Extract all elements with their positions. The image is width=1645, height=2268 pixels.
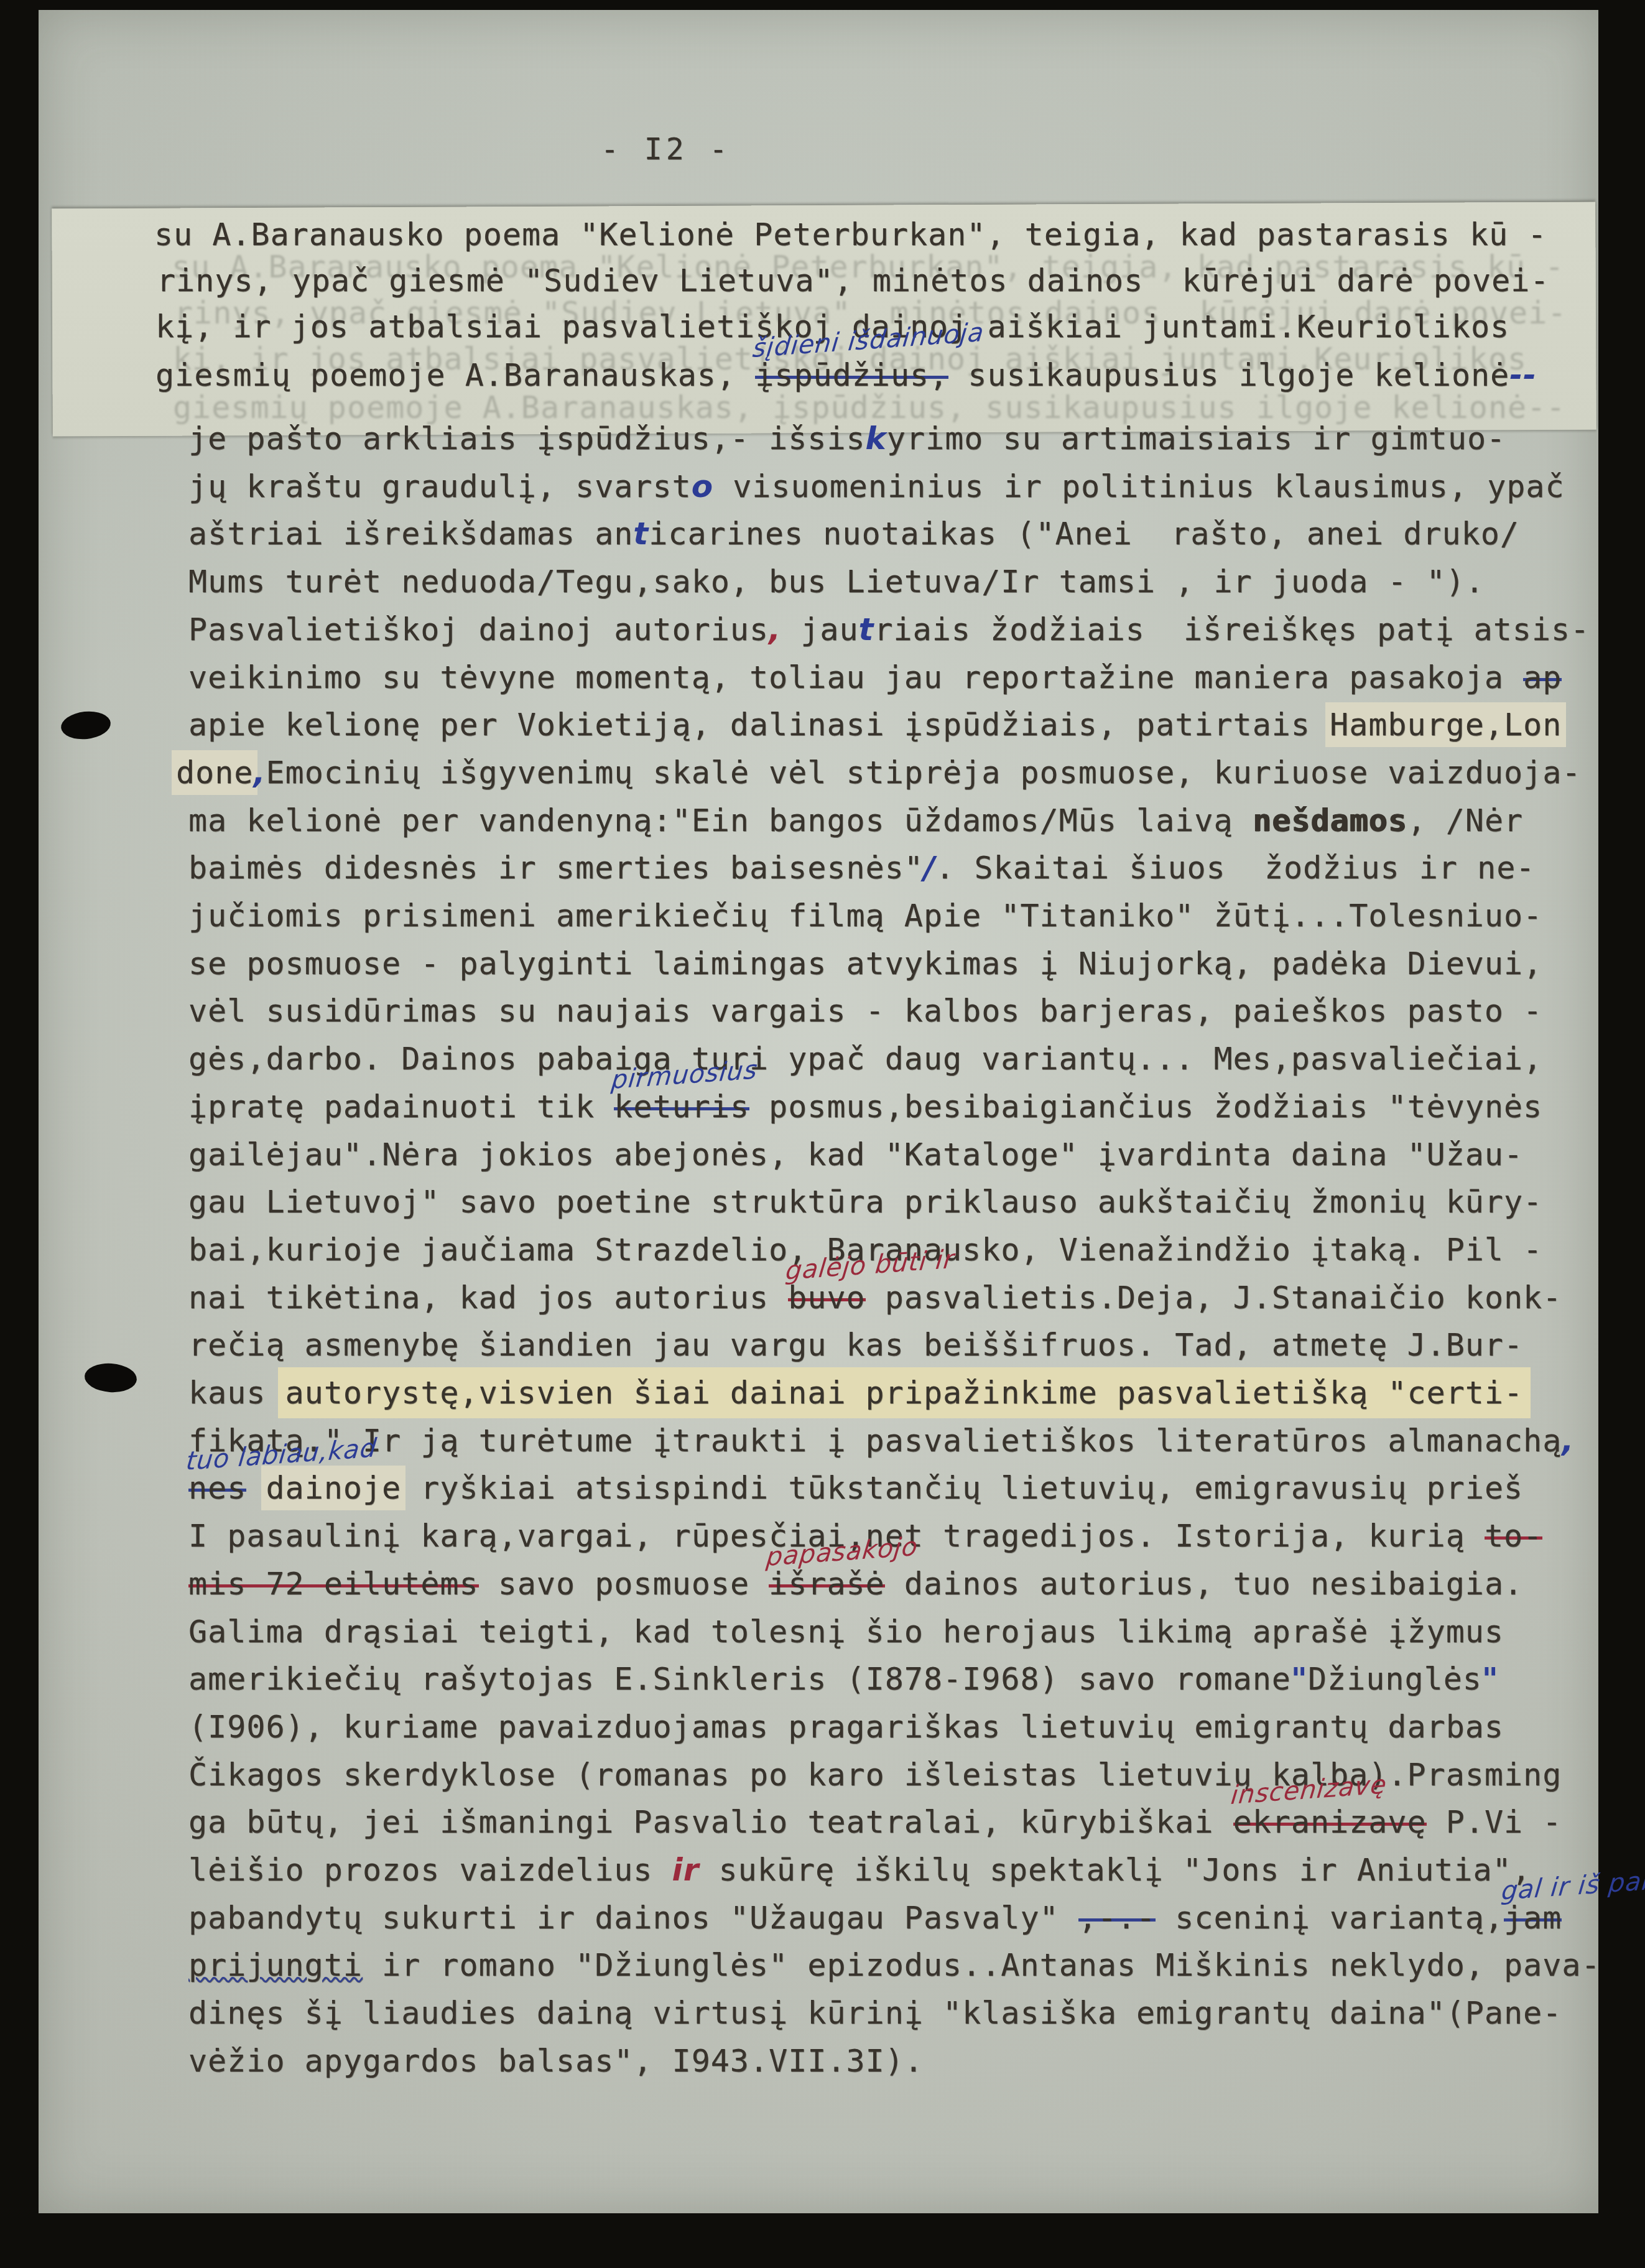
text-line: su A.Baranausko poema "Kelionė Peterburk… xyxy=(154,218,1547,252)
text-line: rinys, ypač giesmė "Sudiev Lietuva", min… xyxy=(157,264,1549,298)
pen-correction: " xyxy=(1482,1661,1499,1697)
text-line: jų kraštu graudulį, svarsto visuomeniniu… xyxy=(188,470,1565,504)
typed-text: riais žodžiais išreiškęs patį atsis- xyxy=(874,611,1590,648)
typed-text: sukūrę iškilų spektaklį "Jons ir Aniutia… xyxy=(699,1852,1531,1888)
typed-text: fikatą." Ir ją turėtume įtraukti į pasva… xyxy=(188,1423,1562,1459)
pasted-strip-text: Hamburge,Lon xyxy=(1330,707,1562,743)
bleed-through-ghost-text: giesmių poemoje A.Baranauskas, įspūdžius… xyxy=(173,391,1565,425)
page-number: - I2 - xyxy=(601,133,731,166)
pen-strikethrough: keturis xyxy=(614,1089,749,1125)
pen-correction: " xyxy=(1291,1661,1308,1697)
typed-text: icarines nuotaikas ("Anei rašto, anei dr… xyxy=(649,516,1519,552)
typed-text: Emocinių išgyvenimų skalė vėl stiprėja p… xyxy=(266,755,1581,791)
overtyped-text: nešdamos xyxy=(1253,802,1407,839)
pen-correction: -- xyxy=(1509,357,1537,393)
typed-text: pabandytų sukurti ir dainos "Užaugau Pas… xyxy=(188,1900,1078,1936)
typed-text: baimės didesnės ir smerties baisesnės" xyxy=(188,850,924,886)
pen-strikethrough: buvo xyxy=(788,1280,865,1316)
text-line: fikatą." Ir ją turėtume įtraukti į pasva… xyxy=(188,1424,1574,1458)
typed-text: lėišio prozos vaizdelius xyxy=(188,1852,672,1888)
typed-text: jučiomis prisimeni amerikiečių filmą Api… xyxy=(188,898,1542,934)
pen-correction: , xyxy=(769,611,781,648)
text-line: veikinimo su tėvyne momentą, toliau jau … xyxy=(188,661,1562,695)
typed-text: dainos autorius, tuo nesibaigia. xyxy=(885,1566,1523,1602)
typed-text xyxy=(246,1470,266,1506)
typed-text: visuomeninius ir politinius klausimus, y… xyxy=(713,468,1565,504)
pasted-strip-text: dainoje xyxy=(266,1470,401,1506)
typed-text: Džiunglės xyxy=(1308,1661,1482,1697)
text-line: Pasvalietiškoj dainoj autorius, jautriai… xyxy=(188,613,1590,647)
pen-correction: , xyxy=(1562,1423,1574,1459)
text-line: nai tikėtina, kad jos autorius galėjo bū… xyxy=(188,1281,1562,1315)
text-line: mis 72 eilutėms savo posmuose papasakojo… xyxy=(188,1567,1523,1601)
typed-text: se posmuose - palyginti laimingas atvyki… xyxy=(188,946,1542,982)
typed-text: kaus xyxy=(188,1375,285,1411)
pasted-strip-text: done xyxy=(176,755,253,791)
pen-correction: o xyxy=(692,468,713,504)
text-line: vėžio apygardos balsas", I943.VII.3I). xyxy=(188,2044,924,2078)
typed-text: gės,darbo. Dainos pabaiga turi ypač daug… xyxy=(188,1041,1542,1077)
text-line: vėl susidūrimas su naujais vargais - kal… xyxy=(188,994,1542,1028)
typed-text: posmus,besibaigiančius žodžiais "tėvynės xyxy=(749,1089,1542,1125)
typed-text: rinys, ypač giesmė "Sudiev Lietuva", min… xyxy=(157,263,1549,299)
text-line: gės,darbo. Dainos pabaiga turi ypač daug… xyxy=(188,1042,1542,1076)
pen-correction: / xyxy=(924,850,935,886)
text-line: prijungti ir romano "Džiunglės" epizodus… xyxy=(188,1948,1601,1982)
typed-text: je pašto arkliais įspūdžius,- išsis xyxy=(188,421,866,457)
text-line: pabandytų sukurti ir dainos "Užaugau Pas… xyxy=(188,1901,1562,1935)
typed-text: jau xyxy=(781,611,858,648)
typed-text: gailėjau".Nėra jokios abejonės, kad "Kat… xyxy=(188,1136,1523,1173)
typed-text: Mums turėt neduoda/Tegu,sako, bus Lietuv… xyxy=(188,564,1485,600)
pen-strikethrough: ekranizavę xyxy=(1233,1804,1427,1840)
typed-text: gau Lietuvoj" savo poetine struktūra pri… xyxy=(188,1184,1542,1220)
pasted-strip-text: autorystę,visvien šiai dainai pripažinki… xyxy=(285,1375,1524,1411)
text-line: įpratę padainuoti tik pirmuosiusketuris … xyxy=(188,1090,1542,1124)
pen-strikethrough: įspūdžius, xyxy=(755,357,948,393)
pen-strikethrough: išrašė xyxy=(769,1566,885,1602)
typed-text: vėžio apygardos balsas", I943.VII.3I). xyxy=(188,2043,924,2079)
pen-strikethrough: to- xyxy=(1485,1518,1542,1554)
typed-text: vėl susidūrimas su naujais vargais - kal… xyxy=(188,993,1542,1029)
typed-text: nai tikėtina, kad jos autorius xyxy=(188,1280,788,1316)
text-line: apie kelionę per Vokietiją, dalinasi įsp… xyxy=(188,708,1562,742)
typed-text: veikinimo su tėvyne momentą, toliau jau … xyxy=(188,659,1523,695)
typed-text: rečią asmenybę šiandien jau vargu kas be… xyxy=(188,1327,1523,1363)
text-line: lėišio prozos vaizdelius ir sukūrę iškil… xyxy=(188,1853,1531,1887)
typed-text: savo posmuose xyxy=(479,1566,769,1602)
text-line: done,Emocinių išgyvenimų skalė vėl stipr… xyxy=(176,756,1581,790)
text-line: dinęs šį liaudies dainą virtusį kūrinį "… xyxy=(188,1996,1562,2030)
typed-text: yrimo su artimaisiais ir gimtuo- xyxy=(887,421,1506,457)
typed-text: Galima drąsiai teigti, kad tolesnį šio h… xyxy=(188,1614,1504,1650)
typed-text: pasvalietis.Deja, J.Stanaičio konk- xyxy=(866,1280,1562,1316)
text-line: amerikiečių rašytojas E.Sinkleris (I878-… xyxy=(188,1662,1499,1696)
pen-corrected-word: prijungti xyxy=(188,1947,363,1983)
typed-text: ir romano "Džiunglės" epizodus..Antanas … xyxy=(363,1947,1601,1983)
text-line: aštriai išreikšdamas anticarines nuotaik… xyxy=(188,517,1519,551)
typed-text: amerikiečių rašytojas E.Sinkleris (I878-… xyxy=(188,1661,1291,1697)
text-line: Galima drąsiai teigti, kad tolesnį šio h… xyxy=(188,1615,1504,1649)
text-line: Mums turėt neduoda/Tegu,sako, bus Lietuv… xyxy=(188,565,1485,599)
text-line: gailėjau".Nėra jokios abejonės, kad "Kat… xyxy=(188,1138,1523,1172)
typed-text: ryškiai atsispindi tūkstančių lietuvių, … xyxy=(401,1470,1523,1506)
text-line: ma kelionė per vandenyną:"Ein bangos ūžd… xyxy=(188,804,1523,838)
pen-correction: ir xyxy=(672,1852,700,1888)
pen-strikethrough: ,-.- xyxy=(1078,1900,1156,1936)
text-line: tuo labiau,kadnes dainoje ryškiai atsisp… xyxy=(188,1471,1523,1505)
text-line: baimės didesnės ir smerties baisesnės"/.… xyxy=(188,851,1535,885)
text-line: giesmių poemoje A.Baranauskas, šįdieni i… xyxy=(155,358,1537,393)
typed-text: sceninį variantą, xyxy=(1156,1900,1504,1936)
typed-text: susikaupusius ilgoje kelionė xyxy=(948,357,1509,393)
pen-correction: t xyxy=(859,611,874,648)
typed-text: (I906), kuriame pavaizduojamas pragarišk… xyxy=(188,1709,1504,1745)
typed-text: , /Nėr xyxy=(1407,802,1523,839)
pen-correction: , xyxy=(253,755,266,791)
typed-text: ga būtų, jei išmaningi Pasvalio teatrala… xyxy=(188,1804,1233,1840)
typed-text: . Skaitai šiuos žodžius ir ne- xyxy=(935,850,1535,886)
text-line: (I906), kuriame pavaizduojamas pragarišk… xyxy=(188,1710,1504,1744)
scan-background: { "page_number": "- I2 -", "ink_colors":… xyxy=(0,0,1645,2268)
pen-strikethrough: nes xyxy=(188,1470,246,1506)
typed-text: įpratę padainuoti tik xyxy=(188,1089,614,1125)
pen-correction: t xyxy=(633,516,649,552)
text-line: gau Lietuvoj" savo poetine struktūra pri… xyxy=(188,1185,1542,1219)
typed-text: ma kelionė per vandenyną:"Ein bangos ūžd… xyxy=(188,802,1253,839)
text-line: kaus autorystę,visvien šiai dainai pripa… xyxy=(188,1376,1523,1410)
typed-text: su A.Baranausko poema "Kelionė Peterburk… xyxy=(154,216,1547,253)
pen-strikethrough: jam xyxy=(1504,1900,1562,1936)
pen-strikethrough: ap xyxy=(1523,659,1562,695)
typed-text: jų kraštu graudulį, svarst xyxy=(188,468,692,504)
pen-correction: k xyxy=(866,421,887,457)
pen-strikethrough: mis 72 eilutėms xyxy=(188,1566,479,1602)
text-line: se posmuose - palyginti laimingas atvyki… xyxy=(188,947,1542,981)
text-line: rečią asmenybę šiandien jau vargu kas be… xyxy=(188,1328,1523,1362)
typed-text: Pasvalietiškoj dainoj autorius xyxy=(188,611,769,648)
typed-text: aštriai išreikšdamas an xyxy=(188,516,633,552)
typed-text: P.Vi - xyxy=(1427,1804,1562,1840)
text-line: jučiomis prisimeni amerikiečių filmą Api… xyxy=(188,899,1542,933)
typed-text: giesmių poemoje A.Baranauskas, xyxy=(155,357,755,393)
typed-text: apie kelionę per Vokietiją, dalinasi įsp… xyxy=(188,707,1330,743)
text-line: je pašto arkliais įspūdžius,- išsiskyrim… xyxy=(188,422,1506,456)
text-line: ga būtų, jei išmaningi Pasvalio teatrala… xyxy=(188,1805,1562,1839)
typed-text: dinęs šį liaudies dainą virtusį kūrinį "… xyxy=(188,1995,1562,2031)
